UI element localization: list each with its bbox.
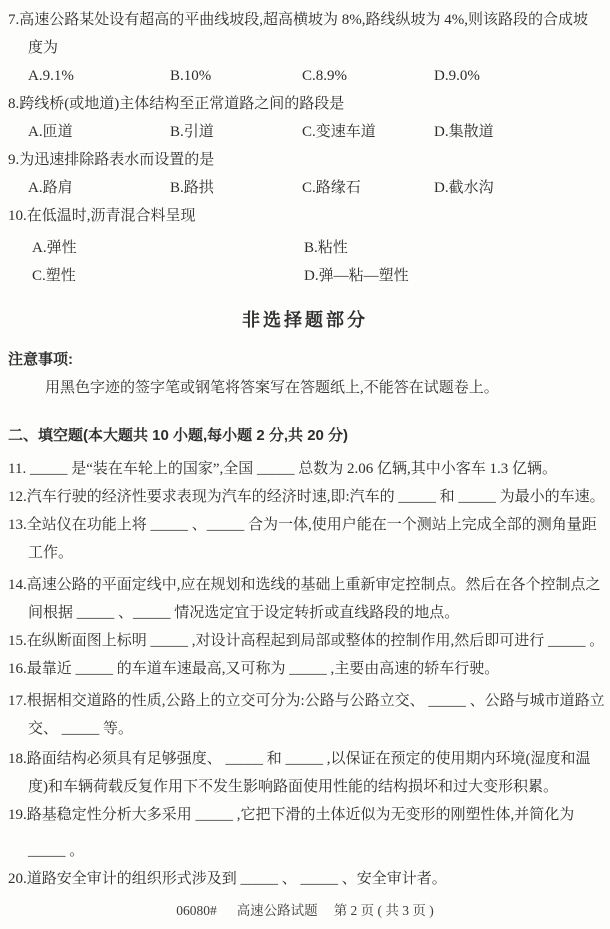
question-10-option-b: B.粘性 (304, 234, 602, 262)
question-9-option-a: A.路肩 (28, 174, 170, 202)
question-10-options-row-1: A.弹性 B.粘性 (8, 234, 602, 262)
question-7-option-b: B.10% (170, 62, 302, 90)
question-17-line-2: 交、 _____ 等。 (8, 715, 602, 743)
question-7-stem-line-2: 度为 (8, 34, 602, 62)
question-11: 11. _____ 是“装在车轮上的国家”,全国 _____ 总数为 2.06 … (8, 455, 602, 483)
question-12: 12.汽车行驶的经济性要求表现为汽车的经济时速,即:汽车的 _____ 和 __… (8, 483, 602, 511)
page-number: 第 2 页 ( 共 3 页 ) (334, 903, 434, 918)
question-9-options: A.路肩 B.路拱 C.路缘石 D.截水沟 (8, 174, 602, 202)
question-7-option-d: D.9.0% (434, 62, 602, 90)
question-19-line-2: _____ 。 (8, 837, 602, 865)
question-16: 16.最靠近 _____ 的车道车速最高,又可称为 _____ ,主要由高速的轿… (8, 655, 602, 683)
question-8-option-d: D.集散道 (434, 118, 602, 146)
question-9-option-b: B.路拱 (170, 174, 302, 202)
notes-body: 用黑色字迹的签字笔或钢笔将答案写在答题纸上,不能答在试题卷上。 (8, 374, 602, 402)
question-10-option-d: D.弹—粘—塑性 (304, 262, 602, 290)
question-8-options: A.匝道 B.引道 C.变速车道 D.集散道 (8, 118, 602, 146)
question-9-option-d: D.截水沟 (434, 174, 602, 202)
question-10-options-row-2: C.塑性 D.弹—粘—塑性 (8, 262, 602, 290)
fill-section-header: 二、填空题(本大题共 10 小题,每小题 2 分,共 20 分) (8, 422, 602, 450)
question-8-stem: 8.跨线桥(或地道)主体结构至正常道路之间的路段是 (8, 90, 602, 118)
question-8-option-c: C.变速车道 (302, 118, 434, 146)
question-8-option-a: A.匝道 (28, 118, 170, 146)
question-7-option-c: C.8.9% (302, 62, 434, 90)
exam-title: 高速公路试题 (237, 903, 318, 918)
question-13-line-2: 工作。 (8, 539, 602, 567)
question-9-stem: 9.为迅速排除路表水而设置的是 (8, 146, 602, 174)
question-8-option-b: B.引道 (170, 118, 302, 146)
question-7-stem-line-1: 7.高速公路某处设有超高的平曲线坡段,超高横坡为 8%,路线纵坡为 4%,则该路… (8, 6, 602, 34)
exam-code: 06080# (176, 903, 217, 918)
question-13-line-1: 13.全站仪在功能上将 _____ 、_____ 合为一体,使用户能在一个测站上… (8, 511, 602, 539)
section-header-non-choice: 非选择题部分 (8, 305, 602, 335)
question-10-option-a: A.弹性 (32, 234, 304, 262)
exam-page: 7.高速公路某处设有超高的平曲线坡段,超高横坡为 8%,路线纵坡为 4%,则该路… (0, 0, 610, 929)
question-14-line-1: 14.高速公路的平面定线中,应在规划和选线的基础上重新审定控制点。然后在各个控制… (8, 571, 602, 599)
question-10-stem: 10.在低温时,沥青混合料呈现 (8, 202, 602, 230)
question-18-line-2: 度)和车辆荷载反复作用下不发生影响路面使用性能的结构损坏和过大变形积累。 (8, 773, 602, 801)
question-14-line-2: 间根据 _____ 、_____ 情况选定宜于设定转折或直线路段的地点。 (8, 599, 602, 627)
question-9-option-c: C.路缘石 (302, 174, 434, 202)
question-7-option-a: A.9.1% (28, 62, 170, 90)
question-7-options: A.9.1% B.10% C.8.9% D.9.0% (8, 62, 602, 90)
question-10-option-c: C.塑性 (32, 262, 304, 290)
notes-title: 注意事项: (8, 346, 602, 374)
question-19-line-1: 19.路基稳定性分析大多采用 _____ ,它把下滑的土体近似为无变形的刚塑性体… (8, 801, 602, 829)
question-15: 15.在纵断面图上标明 _____ ,对设计高程起到局部或整体的控制作用,然后即… (8, 627, 602, 655)
question-18-line-1: 18.路面结构必须具有足够强度、 _____ 和 _____ ,以保证在预定的使… (8, 745, 602, 773)
question-17-line-1: 17.根据相交道路的性质,公路上的立交可分为:公路与公路立交、 _____ 、公… (8, 687, 602, 715)
page-footer: 06080#高速公路试题第 2 页 ( 共 3 页 ) (8, 897, 602, 925)
question-20: 20.道路安全审计的组织形式涉及到 _____ 、 _____ 、安全审计者。 (8, 865, 602, 893)
